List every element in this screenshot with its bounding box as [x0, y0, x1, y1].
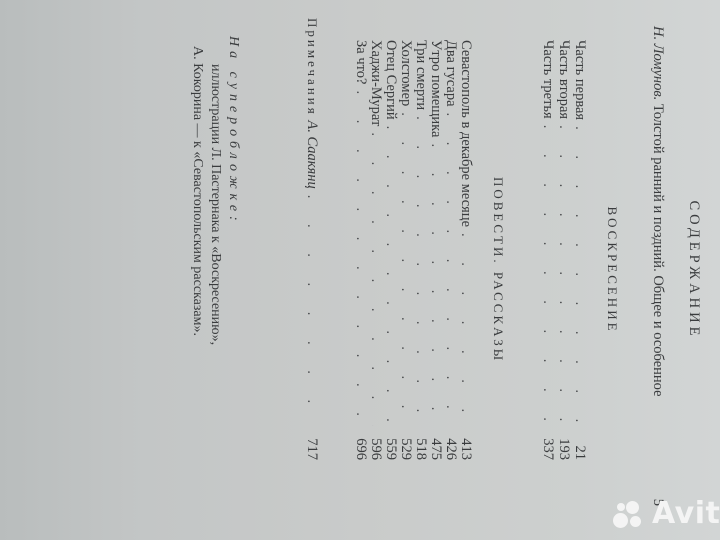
- entry-title: За что?: [351, 40, 371, 84]
- entry-title: Часть третья: [538, 40, 558, 119]
- leader-dots: . . . . . . . . . . . . . . . . . . . . …: [351, 84, 371, 426]
- avito-watermark: Avito: [612, 496, 720, 531]
- page-number: 337: [538, 426, 558, 460]
- avito-logo-icon: [612, 499, 648, 529]
- intro-author: Н. Ломунов. Толстой ранний и поздний. Об…: [648, 26, 668, 397]
- intro-author-name: Н. Ломунов.: [650, 26, 666, 100]
- notes-label: Примечания: [305, 18, 320, 117]
- cover-line-2: А. Кокорина — к «Севастопольским рассказ…: [188, 36, 206, 516]
- section-heading: ВОСКРЕСЕНИЕ: [602, 0, 622, 540]
- page-number: 717: [302, 426, 322, 460]
- notes-title: Примечания А. Саакянц: [302, 18, 322, 189]
- notes-entry: Примечания А. Саакянц . . . . . . . . . …: [302, 18, 322, 460]
- intro-text: Толстой ранний и поздний. Общее и особен…: [650, 104, 666, 397]
- avito-label: Avito: [652, 496, 720, 531]
- cover-heading: На суперобложке:: [224, 36, 242, 516]
- toc-entry: Часть третья . . . . . . . . . . . . . .…: [538, 40, 558, 460]
- intro-entry: Н. Ломунов. Толстой ранний и поздний. Об…: [648, 26, 668, 506]
- section-heading: ПОВЕСТИ. РАССКАЗЫ: [488, 0, 508, 540]
- leader-dots: . . . . . . . . . . . . . . . . . . . . …: [302, 189, 322, 426]
- toc-entry: За что? . . . . . . . . . . . . . . . . …: [351, 40, 371, 460]
- notes-author: А. Саакянц: [304, 120, 320, 188]
- book-page-contents: СОДЕРЖАНИЕ Н. Ломунов. Толстой ранний и …: [0, 0, 720, 540]
- cover-line-1: иллюстрации Л. Пастернака к «Воскресению…: [206, 36, 224, 516]
- page-number: 696: [351, 426, 371, 460]
- contents-title: СОДЕРЖАНИЕ: [684, 0, 704, 540]
- cover-credits: На суперобложке: иллюстрации Л. Пастерна…: [188, 36, 242, 516]
- leader-dots: . . . . . . . . . . . . . . . . . . . . …: [538, 119, 558, 426]
